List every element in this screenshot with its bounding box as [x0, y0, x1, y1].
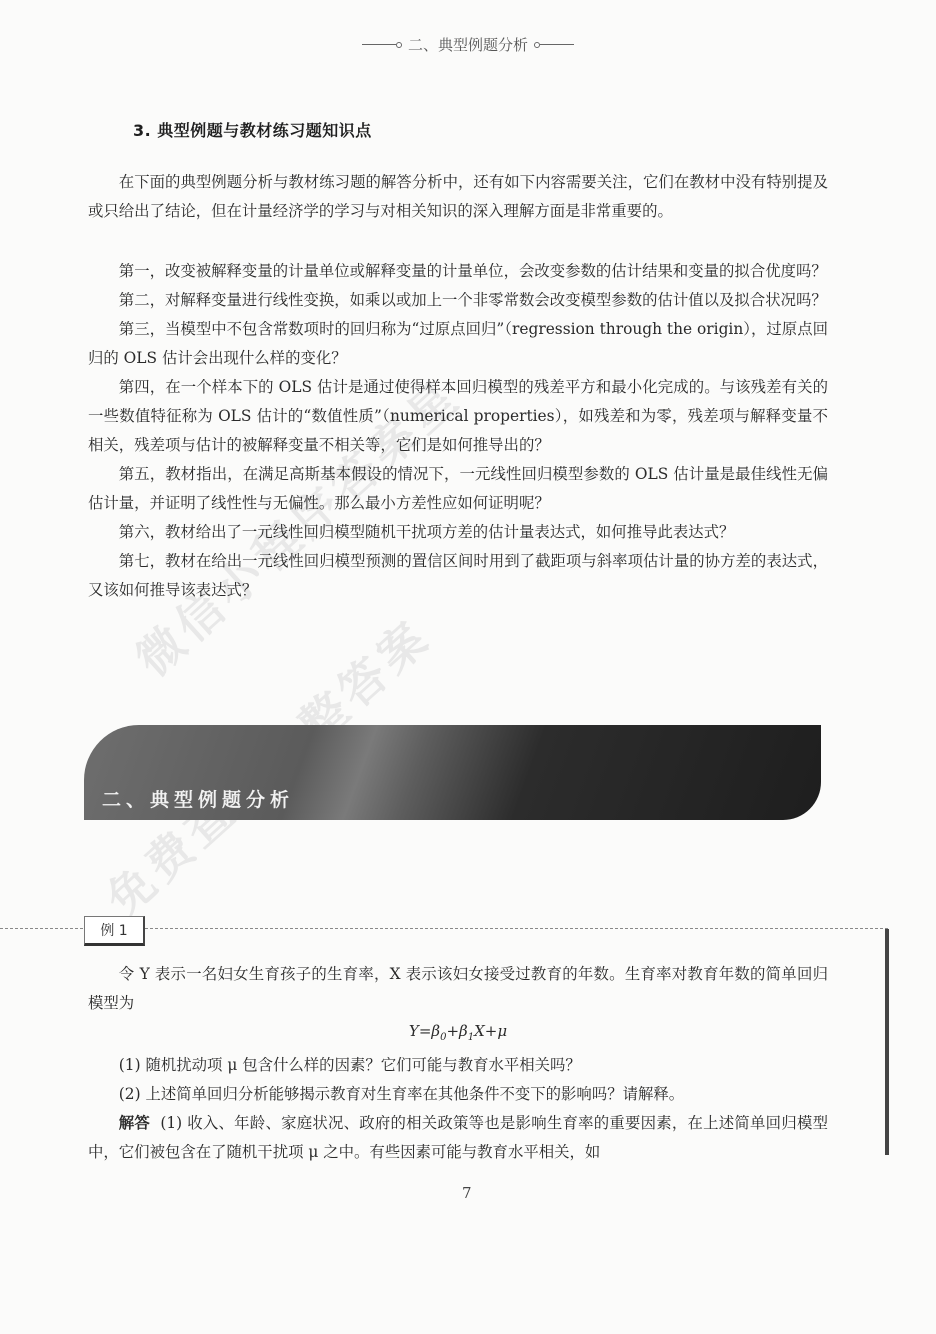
question-item: 第一，改变被解释变量的计量单位或解释变量的计量单位，会改变参数的估计结果和变量的…: [88, 257, 828, 286]
answer-label: 解答: [119, 1114, 150, 1132]
question-item: 第二，对解释变量进行线性变换，如乘以或加上一个非零常数会改变模型参数的估计值以及…: [88, 286, 828, 315]
question-item: 第三，当模型中不包含常数项时的回归称为“过原点回归”（regression th…: [88, 315, 828, 373]
page-number: 7: [462, 1184, 472, 1202]
question-item: 第四，在一个样本下的 OLS 估计是通过使得样本回归模型的残差平方和最小化完成的…: [88, 373, 828, 460]
example-statement: 令 Y 表示一名妇女生育孩子的生育率，X 表示该妇女接受过教育的年数。生育率对教…: [88, 960, 828, 1018]
running-header: 二、典型例题分析: [0, 34, 936, 55]
right-ornament-icon: [534, 42, 574, 48]
answer-paragraph: 解答 (1) 收入、年龄、家庭状况、政府的相关政策等也是影响生育率的重要因素，在…: [88, 1109, 828, 1167]
question-item: 第七，教材在给出一元线性回归模型预测的置信区间时用到了截距项与斜率项估计量的协方…: [88, 547, 828, 605]
sub-question: (1) 随机扰动项 μ 包含什么样的因素？它们可能与教育水平相关吗？: [88, 1051, 828, 1080]
regression-formula: Y=β0+β1X+μ: [88, 1018, 828, 1051]
question-item: 第六，教材给出了一元线性回归模型随机干扰项方差的估计量表达式，如何推导此表达式？: [88, 518, 828, 547]
sub-question: (2) 上述简单回归分析能够揭示教育对生育率在其他条件不变下的影响吗？请解释。: [88, 1080, 828, 1109]
running-title: 二、典型例题分析: [408, 34, 528, 55]
left-ornament-icon: [362, 42, 402, 48]
intro-paragraph: 在下面的典型例题分析与教材练习题的解答分析中，还有如下内容需要关注，它们在教材中…: [88, 168, 828, 226]
answer-text: (1) 收入、年龄、家庭状况、政府的相关政策等也是影响生育率的重要因素，在上述简…: [88, 1114, 828, 1161]
section-heading: 3. 典型例题与教材练习题知识点: [133, 118, 372, 141]
banner-title: 二、典型例题分析: [102, 785, 294, 812]
example-content: 令 Y 表示一名妇女生育孩子的生育率，X 表示该妇女接受过教育的年数。生育率对教…: [88, 960, 828, 1167]
chapter-banner: 二、典型例题分析: [84, 725, 821, 820]
question-item: 第五，教材指出，在满足高斯基本假设的情况下，一元线性回归模型参数的 OLS 估计…: [88, 460, 828, 518]
intro-block: 在下面的典型例题分析与教材练习题的解答分析中，还有如下内容需要关注，它们在教材中…: [88, 168, 828, 226]
questions-list: 第一，改变被解释变量的计量单位或解释变量的计量单位，会改变参数的估计结果和变量的…: [88, 257, 828, 605]
example-tag: 例 1: [84, 916, 145, 946]
example-box-border: [885, 929, 889, 1155]
